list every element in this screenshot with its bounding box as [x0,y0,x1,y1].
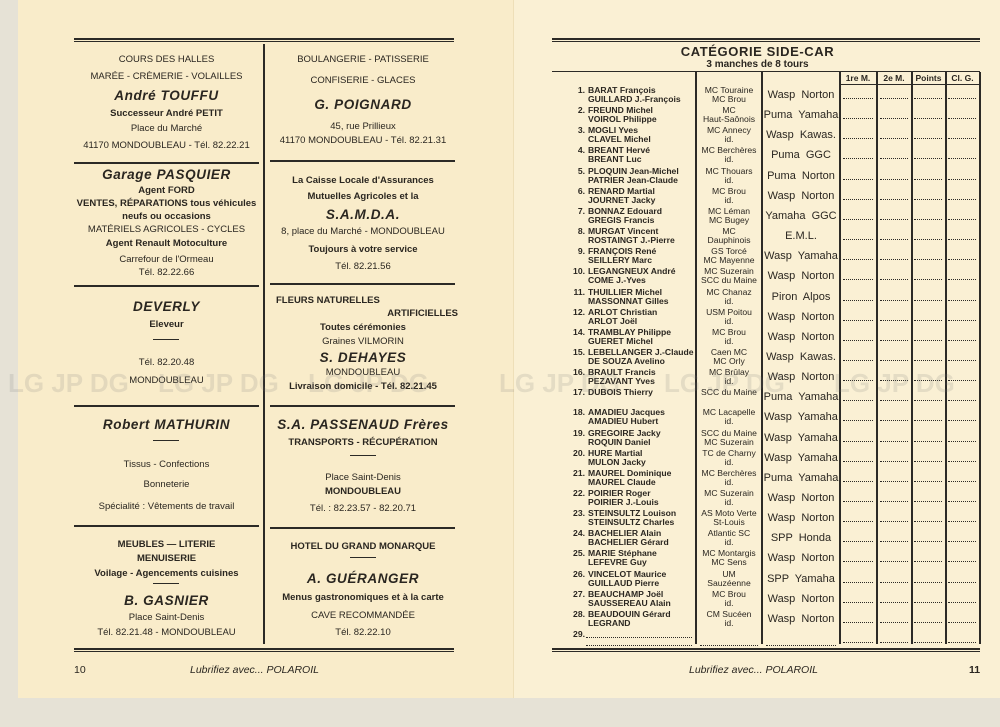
score-blank-m1 [843,340,873,341]
passenger-name: GUERET Michel [572,337,696,346]
crew-names: 15.LEBELLANGER J.-ClaudeDE SOUZA Avelino [572,348,696,366]
passenger-name: ROSTAINGT J.-Pierre [572,236,696,245]
entry-number: 20. [572,449,585,458]
ad-phone: 41170 MONDOUBLEAU - Tél. 82.21.31 [268,136,458,146]
table-row: 19.GREGOIRE JackyROQUIN DanielSCC du Mai… [572,429,980,449]
passenger-club: MC Bugey [696,216,762,225]
machine: E.M.L. [762,232,840,241]
entry-number: 17. [572,388,585,397]
passenger-name: PEZAVANT Yves [572,377,696,386]
crew-names: 27.BEAUCHAMP JoëlSAUSSEREAU Alain [572,590,696,608]
ad-company-name: B. GASNIER [74,594,259,608]
passenger-name: MAUREL Claude [572,478,696,487]
ad-line: Toutes cérémonies [268,323,458,333]
table-row: 25.MARIE StéphaneLEFEVRE GuyMC Montargis… [572,549,980,569]
club-cell: MC Chanazid. [696,288,762,306]
table-row: 10.LEGANGNEUX AndréCOME J.-YvesMC Suzera… [572,267,980,287]
score-blank-m2 [880,561,908,562]
ad-samda: La Caisse Locale d'Assurances Mutuelles … [268,176,458,276]
score-blank-points [914,118,942,119]
score-blank-clg [948,400,976,401]
score-blank-clg [948,300,976,301]
crew-names: 14.TRAMBLAY PhilippeGUERET Michel [572,328,696,346]
club-cell: MCDauphinois [696,227,762,245]
table-row: 1.BARAT FrançoisGUILLARD J.-FrançoisMC T… [572,86,980,106]
club-cell: TC de Charnyid. [696,449,762,467]
club-cell: MC Brouid. [696,590,762,608]
score-blank-clg [948,239,976,240]
ad-address: Carrefour de l'Ormeau [74,255,259,265]
ad-company-name: A. GUÉRANGER [268,572,458,586]
passenger-name: ARLOT Joël [572,317,696,326]
score-blank-clg [948,219,976,220]
ad-phone: Tél. 82.22.10 [268,628,458,638]
passenger-club: MC Sens [696,558,762,567]
passenger-name: BREANT Luc [572,155,696,164]
ad-pasquier: Garage PASQUIER Agent FORD VENTES, RÉPAR… [74,168,259,283]
passenger-club: MC Mayenne [696,256,762,265]
score-blank-m1 [843,400,873,401]
score-blank-clg [948,179,976,180]
passenger-club: id. [696,337,762,346]
machine: Wasp Yamaha [762,454,840,463]
crew-names: 11.THUILLIER MichelMASSONNAT Gilles [572,288,696,306]
crew-names: 7.BONNAZ EdouardGREGIS Francis [572,207,696,225]
ad-address: Place Saint-Denis [74,613,259,623]
club-cell: SCC du Maine [696,388,762,397]
ad-line: Voilage - Agencements cuisines [74,569,259,579]
machine: Wasp Norton [762,615,840,624]
ad-company-name: Garage PASQUIER [74,168,259,182]
passenger-name: JOURNET Jacky [572,196,696,205]
entry-number: 19. [572,429,585,438]
score-blank-m2 [880,541,908,542]
bottom-rule [552,648,980,652]
entry-number: 25. [572,549,585,558]
club-cell: MC Berchèresid. [696,469,762,487]
score-blank-m2 [880,420,908,421]
score-blank-clg [948,642,976,643]
entry-number: 21. [572,469,585,478]
ad-line: La Caisse Locale d'Assurances [268,176,458,186]
score-blank-m2 [880,602,908,603]
pilot-name: DUBOIS Thierry [588,387,653,397]
score-blank-m1 [843,441,873,442]
score-blank-m2 [880,461,908,462]
ad-line: COURS DES HALLES [74,55,259,65]
entry-number: 6. [572,187,585,196]
passenger-club: Sauzéenne [696,579,762,588]
score-blank-clg [948,602,976,603]
score-blank-m1 [843,380,873,381]
ad-line: MONDOUBLEAU [268,487,458,497]
score-blank-points [914,642,942,643]
divider [74,285,259,287]
club-cell: MC TouraineMC Brou [696,86,762,104]
ad-line: Toujours à votre service [268,245,458,255]
score-blank-points [914,239,942,240]
passenger-club: St-Louis [696,518,762,527]
ad-address: 45, rue Prillieux [268,122,458,132]
passenger-club: id. [696,599,762,608]
club-cell: CM Sucéenid. [696,610,762,628]
passenger-name: GUILLARD J.-François [572,95,696,104]
name-blank [586,637,692,638]
club-cell: UMSauzéenne [696,570,762,588]
crew-names: 20.HURE MartialMULON Jacky [572,449,696,467]
score-blank-clg [948,320,976,321]
score-blank-points [914,179,942,180]
crew-names: 8.MURGAT VincentROSTAINGT J.-Pierre [572,227,696,245]
crew-names: 2.FREUND MichelVOIROL Philippe [572,106,696,124]
score-blank-clg [948,118,976,119]
score-blank-m2 [880,138,908,139]
crew-names: 19.GREGOIRE JackyROQUIN Daniel [572,429,696,447]
crew-names: 26.VINCELOT MauriceGUILLAUD Pierre [572,570,696,588]
passenger-club: id. [696,317,762,326]
score-blank-m2 [880,481,908,482]
machine: Puma Yamaha [762,393,840,402]
club-cell: MC Lacapelleid. [696,408,762,426]
ad-line: TRANSPORTS - RÉCUPÉRATION [268,438,458,448]
divider [270,405,455,407]
score-blank-m2 [880,622,908,623]
score-blank-m1 [843,98,873,99]
passenger-name: MASSONNAT Gilles [572,297,696,306]
entry-number: 24. [572,529,585,538]
entry-number: 26. [572,570,585,579]
crew-names: 6.RENARD MartialJOURNET Jacky [572,187,696,205]
score-blank-m1 [843,219,873,220]
left-page: COURS DES HALLES MARÉE - CRÈMERIE - VOLA… [18,0,513,698]
footer-slogan: Lubrifiez avec... POLAROIL [689,664,818,676]
score-blank-clg [948,360,976,361]
entry-number: 27. [572,590,585,599]
top-rule [74,38,454,42]
score-blank-clg [948,279,976,280]
score-blank-m1 [843,602,873,603]
top-rule [552,38,980,42]
score-blank-points [914,199,942,200]
score-blank-m1 [843,259,873,260]
category-title: CATÉGORIE SIDE-CAR [514,44,1000,59]
club-cell: GS TorcéMC Mayenne [696,247,762,265]
entry-number: 10. [572,267,585,276]
table-row: 11.THUILLIER MichelMASSONNAT GillesMC Ch… [572,288,980,308]
column-divider [263,44,265,644]
ad-line: neufs ou occasions [74,212,259,222]
ad-phone: Tél. 82.22.66 [74,268,259,278]
table-row: 7.BONNAZ EdouardGREGIS FrancisMC LémanMC… [572,207,980,227]
score-blank-points [914,300,942,301]
score-blank-m2 [880,259,908,260]
score-blank-m1 [843,501,873,502]
score-blank-m2 [880,279,908,280]
ad-line: Menus gastronomiques et à la carte [268,593,458,603]
table-row: 22.POIRIER RogerPOIRIER J.-LouisMC Suzer… [572,489,980,509]
divider [270,283,455,285]
passenger-name: LEFEVRE Guy [572,558,696,567]
ad-phone: Tél. 82.21.56 [268,262,458,272]
score-blank-points [914,400,942,401]
machine: SPP Yamaha [762,575,840,584]
score-blank-m2 [880,239,908,240]
table-row: 28.BEAUDOUIN GérardLEGRANDCM Sucéenid.Wa… [572,610,980,630]
machine: Wasp Norton [762,313,840,322]
machine: Wasp Norton [762,554,840,563]
crew-names: 12.ARLOT ChristianARLOT Joël [572,308,696,326]
table-row: 20.HURE MartialMULON JackyTC de Charnyid… [572,449,980,469]
ad-poignard: BOULANGERIE - PATISSERIE CONFISERIE - GL… [268,52,458,162]
score-blank-clg [948,541,976,542]
crew-names: 21.MAUREL DominiqueMAUREL Claude [572,469,696,487]
passenger-name: VOIROL Philippe [572,115,696,124]
short-rule [350,557,376,558]
crew-names: 24.BACHELIER AlainBACHELIER Gérard [572,529,696,547]
score-blank-clg [948,501,976,502]
divider [270,527,455,529]
ad-company-name: Robert MATHURIN [74,418,259,432]
passenger-club: id. [696,417,762,426]
passenger-club: id. [696,458,762,467]
passenger-club: MC Suzerain [696,438,762,447]
score-blank-m2 [880,179,908,180]
crew-names: 25.MARIE StéphaneLEFEVRE Guy [572,549,696,567]
passenger-name: ROQUIN Daniel [572,438,696,447]
club-cell: MC Brûlayid. [696,368,762,386]
score-blank-m2 [880,118,908,119]
ad-company-name: G. POIGNARD [268,98,458,112]
club-cell: MCHaut-Saônois [696,106,762,124]
score-blank-points [914,420,942,421]
entry-number: 7. [572,207,585,216]
score-blank-m1 [843,360,873,361]
ad-line: Bonneterie [74,480,259,490]
ad-gueranger: HOTEL DU GRAND MONARQUE A. GUÉRANGER Men… [268,540,458,640]
passenger-club: id. [696,155,762,164]
score-blank-points [914,481,942,482]
machine: Piron Alpos [762,293,840,302]
score-blank-points [914,98,942,99]
ad-phone: Tél. 82.20.48 [74,358,259,368]
score-blank-clg [948,582,976,583]
entry-number: 5. [572,167,585,176]
score-blank-m2 [880,158,908,159]
club-cell: USM Poitouid. [696,308,762,326]
passenger-club: id. [696,538,762,547]
machine: Puma Norton [762,172,840,181]
passenger-name: COME J.-Yves [572,276,696,285]
score-blank-m2 [880,501,908,502]
machine: Wasp Yamaha [762,413,840,422]
short-rule [350,455,376,456]
score-blank-m1 [843,481,873,482]
table-row: 23.STEINSULTZ LouisonSTEINSULTZ CharlesA… [572,509,980,529]
score-blank-m1 [843,118,873,119]
passenger-club: Haut-Saônois [696,115,762,124]
ad-company-name: S.A.M.D.A. [268,208,458,222]
category-subtitle: 3 manches de 8 tours [514,59,1000,70]
divider [74,405,259,407]
passenger-name: BACHELIER Gérard [572,538,696,547]
score-blank-m1 [843,582,873,583]
passenger-name: STEINSULTZ Charles [572,518,696,527]
machine: Wasp Norton [762,514,840,523]
score-blank-m2 [880,340,908,341]
table-row: 5.PLOQUIN Jean-MichelPATRIER Jean-Claude… [572,167,980,187]
entry-number: 3. [572,126,585,135]
col-header-cl-g: Cl. G. [946,73,979,83]
machine: Puma GGC [762,151,840,160]
entry-number: 1. [572,86,585,95]
passenger-club: id. [696,297,762,306]
score-blank-clg [948,98,976,99]
ad-dehayes: FLEURS NATURELLES ARTIFICIELLES Toutes c… [268,296,458,396]
short-rule [153,583,179,584]
score-blank-m1 [843,279,873,280]
entry-number: 29. [572,630,585,639]
table-row: 18.AMADIEU JacquesAMADIEU HubertMC Lacap… [572,408,980,428]
pilot-club: SCC du Maine [696,388,762,397]
ad-line: FLEURS NATURELLES [268,296,458,306]
machine: Wasp Norton [762,373,840,382]
score-blank-clg [948,380,976,381]
ad-mathurin: Robert MATHURIN Tissus - Confections Bon… [74,418,259,518]
crew-names: 10.LEGANGNEUX AndréCOME J.-Yves [572,267,696,285]
results-table: 1re M. 2e M. Points Cl. G. 1.BARAT Franç… [572,72,980,646]
score-blank-m1 [843,300,873,301]
entry-number: 23. [572,509,585,518]
score-blank-m2 [880,320,908,321]
entry-number: 12. [572,308,585,317]
score-blank-clg [948,199,976,200]
ad-company-name: DEVERLY [74,300,259,314]
entry-number: 8. [572,227,585,236]
entry-number: 14. [572,328,585,337]
score-blank-clg [948,340,976,341]
passenger-name: PATRIER Jean-Claude [572,176,696,185]
score-blank-points [914,320,942,321]
entry-number: 11. [572,288,585,297]
name-blank [586,645,692,646]
score-blank-points [914,602,942,603]
ad-phone: Tél. 82.21.48 - MONDOUBLEAU [74,628,259,638]
table-row: 3.MOGLI YvesCLAVEL MichelMC Annecyid.Was… [572,126,980,146]
ad-passenaud: S.A. PASSENAUD Frères TRANSPORTS - RÉCUP… [268,418,458,518]
passenger-name: SEILLERY Marc [572,256,696,265]
score-blank-points [914,138,942,139]
score-blank-m2 [880,360,908,361]
divider [74,162,259,164]
ad-line: ARTIFICIELLES [268,309,458,319]
pilot-name: THUILLIER Michel [588,287,662,297]
score-blank-points [914,219,942,220]
ad-line: CAVE RECOMMANDÉE [268,611,458,621]
club-cell: Atlantic SCid. [696,529,762,547]
entry-number: 28. [572,610,585,619]
score-blank-clg [948,420,976,421]
club-cell: MC Brouid. [696,328,762,346]
score-blank-clg [948,441,976,442]
score-blank-points [914,461,942,462]
passenger-name: DE SOUZA Avelino [572,357,696,366]
club-cell: SCC du MaineMC Suzerain [696,429,762,447]
page-number: 11 [969,664,980,676]
crew-names: 16.BRAULT FrancisPEZAVANT Yves [572,368,696,386]
table-row: 12.ARLOT ChristianARLOT JoëlUSM Poitouid… [572,308,980,328]
score-blank-clg [948,481,976,482]
col-header-points: Points [912,73,945,83]
score-blank-m1 [843,461,873,462]
entry-number: 9. [572,247,585,256]
club-cell: AS Moto VerteSt-Louis [696,509,762,527]
score-blank-m2 [880,400,908,401]
ad-line: MONDOUBLEAU [268,368,458,378]
score-blank-m1 [843,622,873,623]
passenger-club: id. [696,478,762,487]
machine: Wasp Yamaha [762,434,840,443]
machine: Wasp Yamaha [762,252,840,261]
divider [270,160,455,162]
passenger-club: id. [696,135,762,144]
score-blank-m2 [880,300,908,301]
ad-line: CONFISERIE - GLACES [268,76,458,86]
machine: Puma Yamaha [762,474,840,483]
score-blank-clg [948,521,976,522]
ad-line: BOULANGERIE - PATISSERIE [268,55,458,65]
club-cell: MC Annecyid. [696,126,762,144]
ad-phone: Livraison domicile - Tél. 82.21.45 [268,382,458,392]
score-blank-points [914,501,942,502]
crew-names: 1.BARAT FrançoisGUILLARD J.-François [572,86,696,104]
score-blank-points [914,441,942,442]
ad-address: Place Saint-Denis [268,473,458,483]
ad-line: MONDOUBLEAU [74,376,259,386]
crew-names: 23.STEINSULTZ LouisonSTEINSULTZ Charles [572,509,696,527]
table-row: 2.FREUND MichelVOIROL PhilippeMCHaut-Saô… [572,106,980,126]
score-blank-m1 [843,138,873,139]
club-blank [700,645,758,646]
entry-number: 16. [572,368,585,377]
col-header-2e-manche: 2e M. [877,73,911,83]
machine: Yamaha GGC [762,212,840,221]
score-blank-m2 [880,219,908,220]
table-row: 9.FRANÇOIS RenéSEILLERY MarcGS TorcéMC M… [572,247,980,267]
score-blank-clg [948,561,976,562]
crew-names: 4.BREANT HervéBREANT Luc [572,146,696,164]
score-blank-points [914,521,942,522]
passenger-club: id. [696,619,762,628]
ad-line: MENUISERIE [74,554,259,564]
score-blank-m1 [843,561,873,562]
entry-number: 22. [572,489,585,498]
score-blank-m1 [843,420,873,421]
club-cell: MC Brouid. [696,187,762,205]
ad-line: Mutuelles Agricoles et la [268,192,458,202]
table-row: 16.BRAULT FrancisPEZAVANT YvesMC Brûlayi… [572,368,980,388]
ad-line: Successeur André PETIT [74,109,259,119]
passenger-name: CLAVEL Michel [572,135,696,144]
score-blank-clg [948,138,976,139]
club-cell: MC MontargisMC Sens [696,549,762,567]
passenger-club: id. [696,377,762,386]
ad-phone: Tél. : 82.23.57 - 82.20.71 [268,504,458,514]
score-blank-points [914,561,942,562]
passenger-club: SCC du Maine [696,276,762,285]
score-blank-clg [948,259,976,260]
score-blank-m1 [843,642,873,643]
ad-line: Eleveur [74,320,259,330]
